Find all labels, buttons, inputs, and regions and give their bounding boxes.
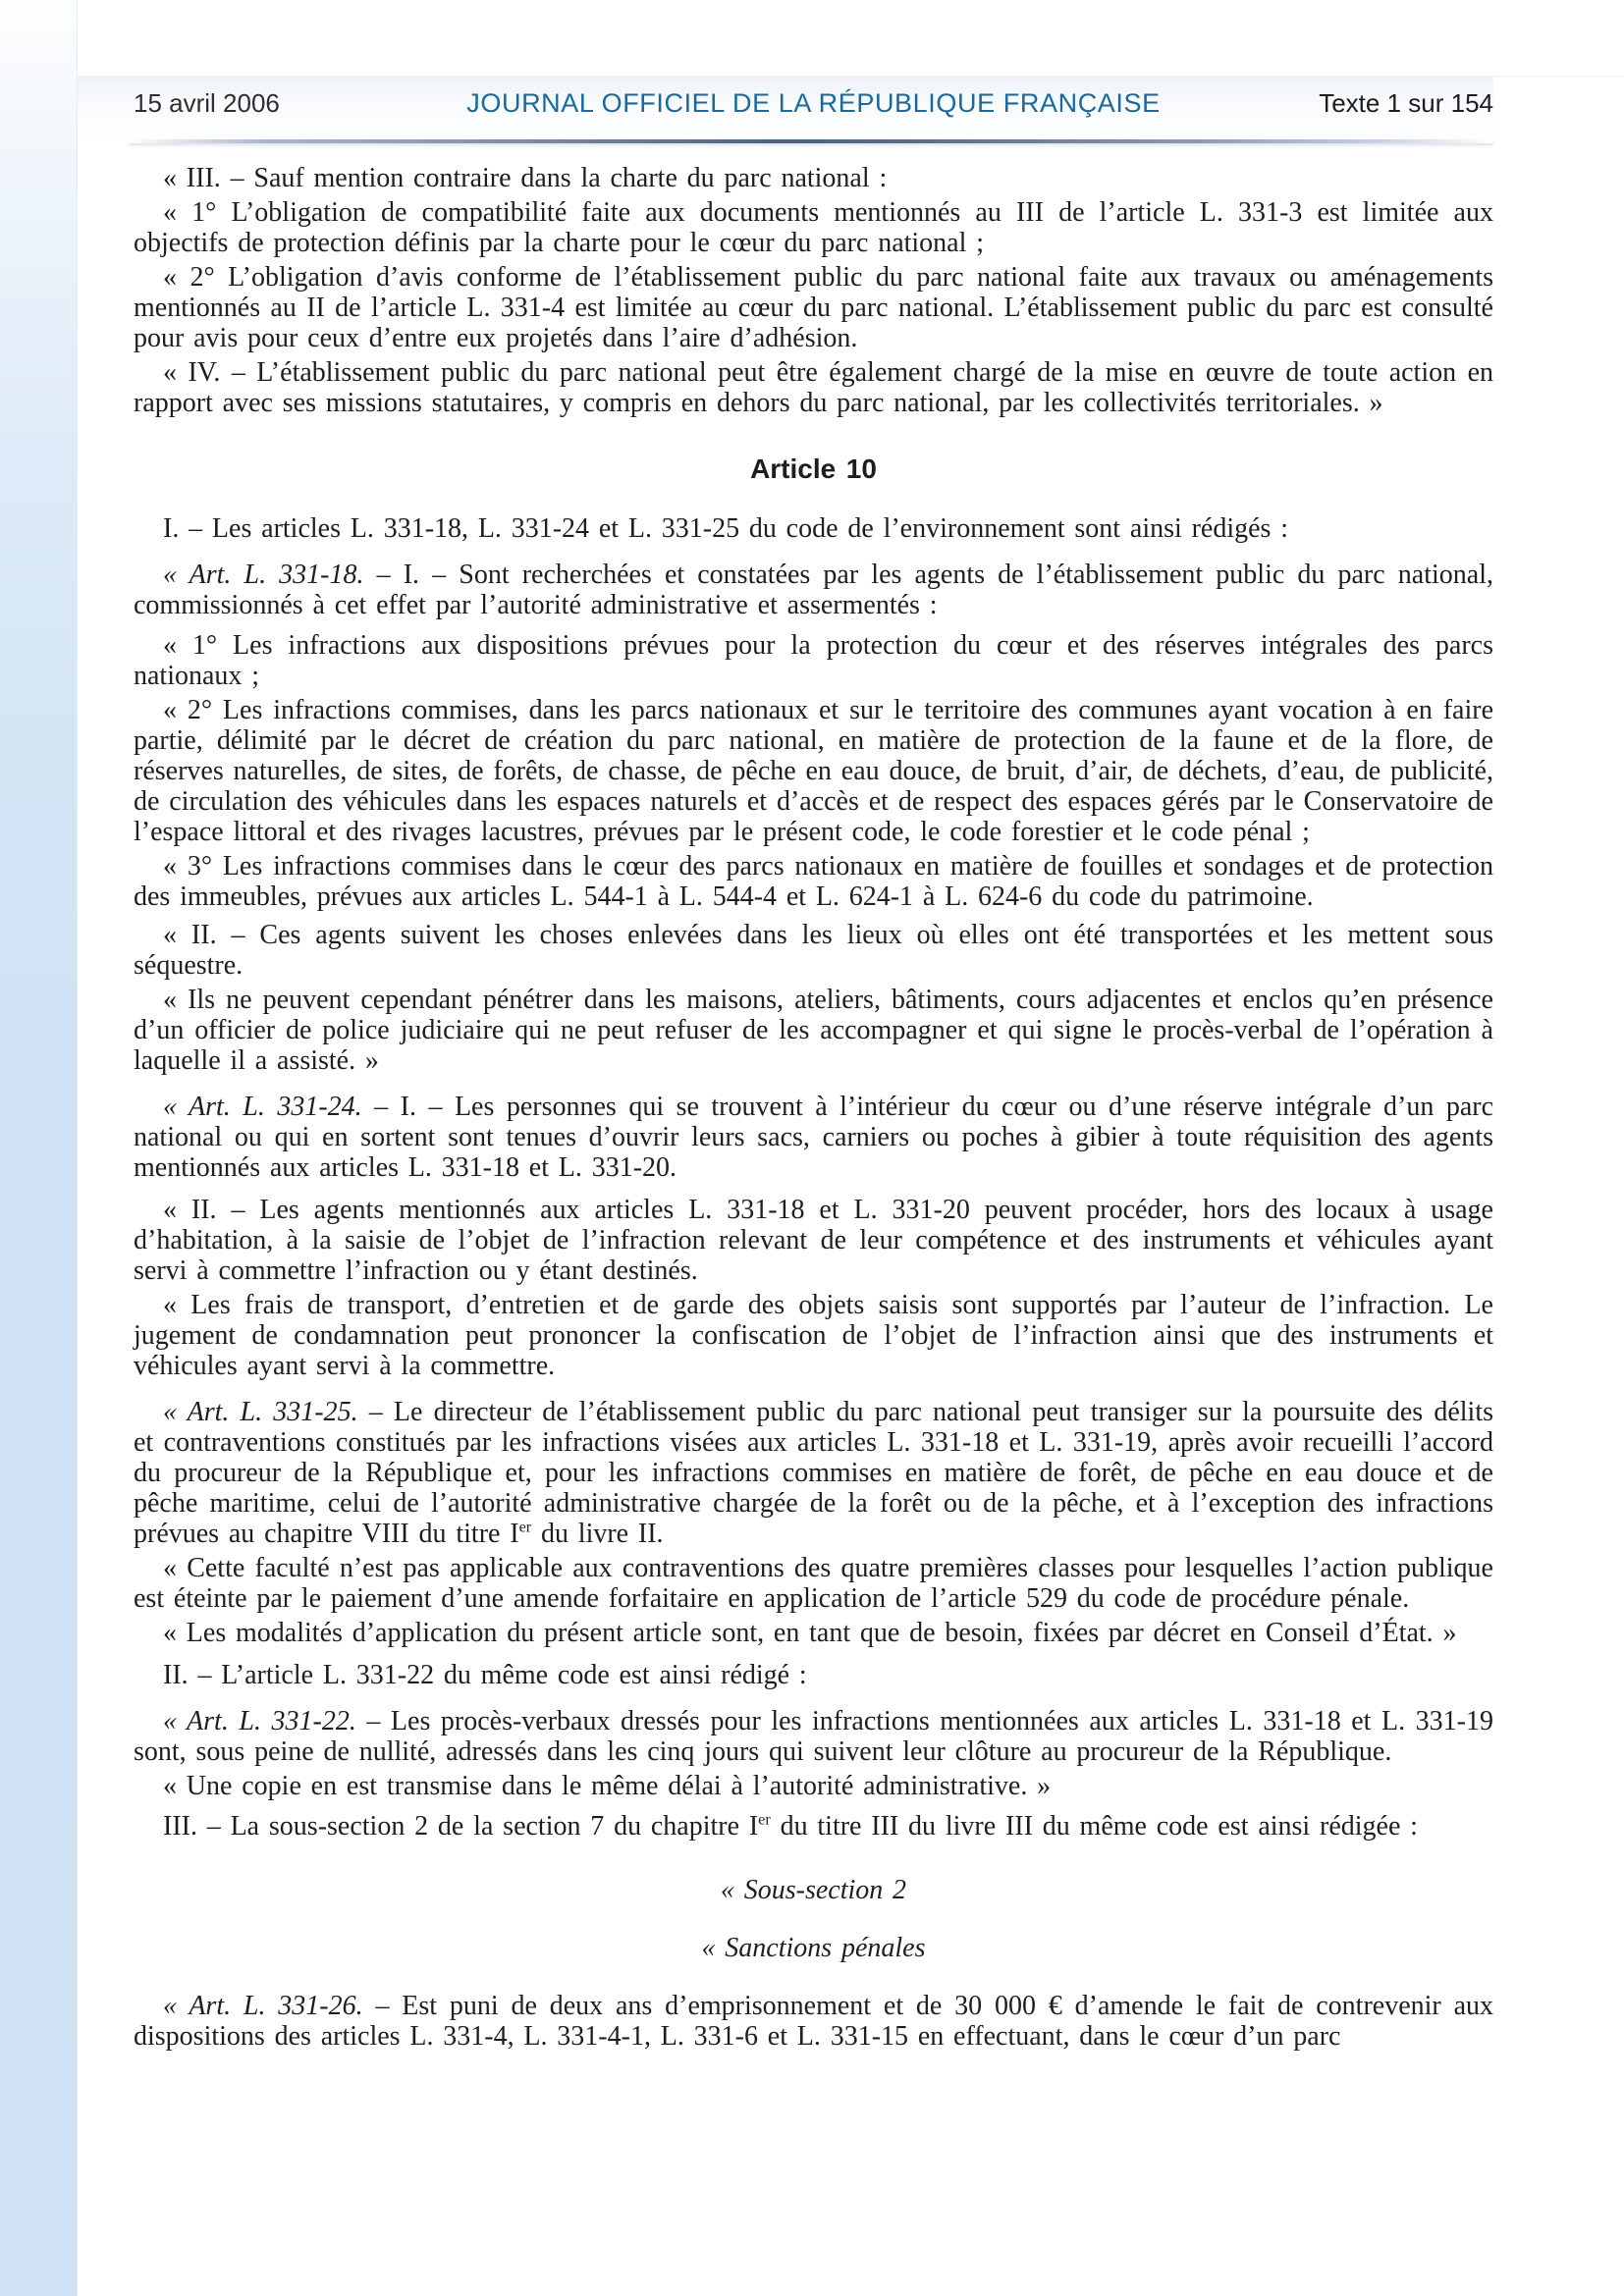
body-paragraph: « Ils ne peuvent cependant pénétrer dans… xyxy=(134,985,1493,1076)
subsection-subtitle: « Sanctions pénales xyxy=(134,1933,1493,1963)
body-paragraph: « Art. L. 331-18. – I. – Sont recherchée… xyxy=(134,560,1493,620)
body-paragraph: « 3° Les infractions commises dans le cœ… xyxy=(134,851,1493,912)
ordinal-superscript: er xyxy=(519,1519,532,1536)
article-lead: « Art. L. 331-25. xyxy=(163,1397,358,1427)
texte-reference: Texte 1 sur 154 xyxy=(1238,88,1493,119)
body-paragraph: « III. – Sauf mention contraire dans la … xyxy=(134,163,1493,193)
article-lead: « Art. L. 331-26. xyxy=(163,1991,363,2021)
article-lead: « Art. L. 331-24. xyxy=(163,1092,362,1122)
body-paragraph: « 1° Les infractions aux dispositions pr… xyxy=(134,630,1493,691)
article-body: « III. – Sauf mention contraire dans la … xyxy=(78,143,1547,2052)
subsection-title: « Sous-section 2 xyxy=(134,1875,1493,1905)
body-paragraph: « Art. L. 331-22. – Les procès-verbaux d… xyxy=(134,1706,1493,1767)
body-paragraph: « Art. L. 331-24. – I. – Les personnes q… xyxy=(134,1092,1493,1183)
body-paragraph: « Une copie en est transmise dans le mêm… xyxy=(134,1771,1493,1801)
document-canvas: 15 avril 2006 JOURNAL OFFICIEL DE LA RÉP… xyxy=(0,0,1624,2296)
page-header: 15 avril 2006 JOURNAL OFFICIEL DE LA RÉP… xyxy=(78,77,1493,143)
body-paragraph: « II. – Ces agents suivent les choses en… xyxy=(134,920,1493,981)
paragraph-text: du livre II. xyxy=(531,1519,663,1549)
body-paragraph: « II. – Les agents mentionnés aux articl… xyxy=(134,1195,1493,1286)
article-heading: Article 10 xyxy=(134,454,1493,484)
article-lead: « Art. L. 331-18. xyxy=(163,560,364,590)
body-paragraph: « Art. L. 331-26. – Est puni de deux ans… xyxy=(134,1991,1493,2052)
body-paragraph: III. – La sous-section 2 de la section 7… xyxy=(134,1811,1493,1842)
journal-page: 15 avril 2006 JOURNAL OFFICIEL DE LA RÉP… xyxy=(78,0,1624,2296)
body-paragraph: « Les modalités d’application du présent… xyxy=(134,1618,1493,1648)
ordinal-superscript: er xyxy=(758,1811,771,1829)
header-row: 15 avril 2006 JOURNAL OFFICIEL DE LA RÉP… xyxy=(78,88,1493,122)
left-margin-band xyxy=(0,0,78,2296)
body-paragraph: « 2° Les infractions commises, dans les … xyxy=(134,695,1493,847)
journal-title: JOURNAL OFFICIEL DE LA RÉPUBLIQUE FRANÇA… xyxy=(389,88,1238,119)
body-paragraph: « 2° L’obligation d’avis conforme de l’é… xyxy=(134,262,1493,353)
body-paragraph: « 1° L’obligation de compatibilité faite… xyxy=(134,197,1493,258)
issue-date: 15 avril 2006 xyxy=(134,88,389,119)
paragraph-text: du titre III du livre III du même code e… xyxy=(771,1811,1418,1842)
paragraph-text: III. – La sous-section 2 de la section 7… xyxy=(163,1811,758,1842)
header-rule xyxy=(129,139,1493,143)
body-paragraph: « Les frais de transport, d’entretien et… xyxy=(134,1290,1493,1381)
body-paragraph: II. – L’article L. 331-22 du même code e… xyxy=(134,1660,1493,1690)
body-paragraph: « IV. – L’établissement public du parc n… xyxy=(134,357,1493,418)
body-paragraph: I. – Les articles L. 331-18, L. 331-24 e… xyxy=(134,513,1493,544)
body-paragraph: « Art. L. 331-25. – Le directeur de l’ét… xyxy=(134,1397,1493,1549)
body-paragraph: « Cette faculté n’est pas applicable aux… xyxy=(134,1553,1493,1614)
article-lead: « Art. L. 331-22. xyxy=(163,1706,356,1736)
